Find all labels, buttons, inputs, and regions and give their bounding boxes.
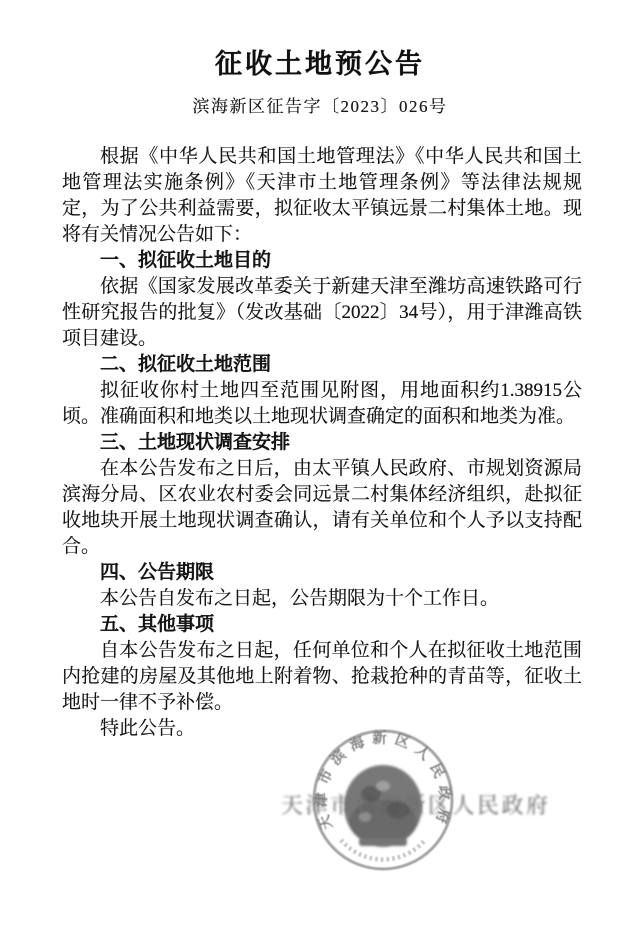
- document-number: 滨海新区征告字〔2023〕026号: [0, 92, 640, 117]
- paragraph-section-4: 本公告自发布之日起，公告期限为十个工作日。: [62, 586, 582, 612]
- section-heading-1: 一、拟征收土地目的: [62, 248, 582, 274]
- paragraph-intro: 根据《中华人民共和国土地管理法》《中华人民共和国土地管理法实施条例》《天津市土地…: [62, 144, 582, 248]
- national-emblem-icon: [344, 765, 422, 847]
- scanned-announcement-page: 征收土地预公告 滨海新区征告字〔2023〕026号 根据《中华人民共和国土地管理…: [0, 0, 640, 935]
- document-body: 根据《中华人民共和国土地管理法》《中华人民共和国土地管理法实施条例》《天津市土地…: [62, 144, 582, 742]
- paragraph-section-2: 拟征收你村土地四至范围见附图，用地面积约1.38915公顷。准确面积和地类以土地…: [62, 378, 582, 430]
- document-title: 征收土地预公告: [0, 0, 640, 81]
- section-heading-2: 二、拟征收土地范围: [62, 352, 582, 378]
- official-seal: 天津市滨海新区人民政府: [303, 722, 463, 882]
- paragraph-section-3: 在本公告发布之日后，由太平镇人民政府、市规划资源局滨海分局、区农业农村委会同远景…: [62, 456, 582, 560]
- paragraph-section-5: 自本公告发布之日起，任何单位和个人在拟征收土地范围内抢建的房屋及其他地上附着物、…: [62, 638, 582, 716]
- section-heading-3: 三、土地现状调查安排: [62, 430, 582, 456]
- paragraph-section-1: 依据《国家发展改革委关于新建天津至潍坊高速铁路可行性研究报告的批复》（发改基础〔…: [62, 274, 582, 352]
- section-heading-4: 四、公告期限: [62, 560, 582, 586]
- section-heading-5: 五、其他事项: [62, 612, 582, 638]
